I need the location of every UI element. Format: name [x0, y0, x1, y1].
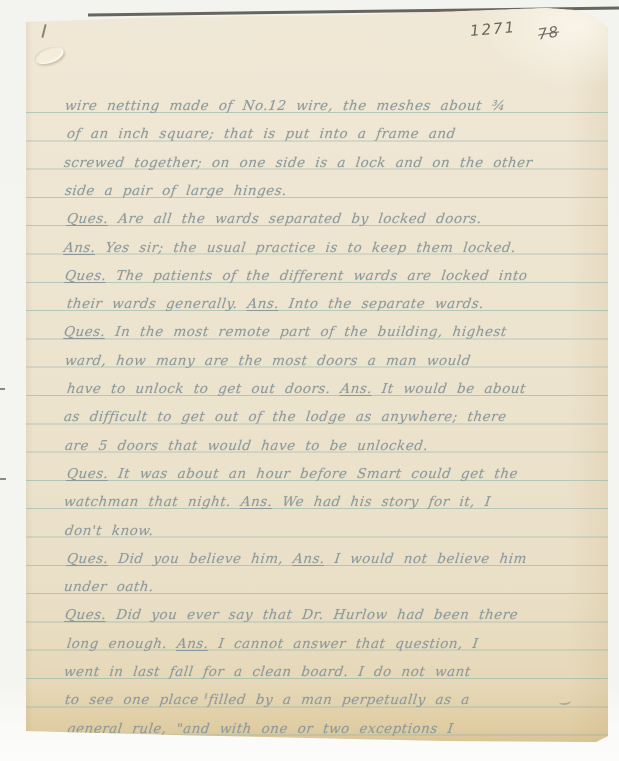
handwriting-line: watchman that night. Ans. We had his sto… [63, 494, 492, 510]
scan-edge-speck [0, 478, 6, 480]
handwriting-line: screwed together; on one side is a lock … [63, 155, 534, 171]
handwriting-line: of an inch square; that is put into a fr… [66, 126, 457, 142]
handwriting-line: Ques. Are all the wards separated by loc… [66, 211, 483, 227]
handwriting-line: as difficult to get out of the lodge as … [63, 409, 508, 425]
handwriting-line: ward, how many are the most doors a man … [64, 353, 472, 369]
manuscript-page: 1271 78 wire netting made of No.12 wire,… [26, 8, 608, 744]
handwriting-line: went in last fall for a clean board. I d… [63, 664, 472, 680]
scan-background: 1271 78 wire netting made of No.12 wire,… [0, 0, 619, 761]
handwriting-line: under oath. [63, 579, 155, 595]
handwriting-line: don't know. [64, 523, 155, 539]
handwriting-line: Ques. The patients of the different ward… [64, 268, 528, 284]
handwriting-line: Ques. Did you believe him, Ans. I would … [66, 551, 528, 567]
handwriting-line: Ques. Did you ever say that Dr. Hurlow h… [64, 607, 519, 623]
handwriting-line: side a pair of large hinges. [64, 183, 288, 199]
handwriting-line: long enough. Ans. I cannot answer that q… [66, 636, 479, 652]
handwriting-line: to see one place filled by a man perpetu… [64, 692, 471, 708]
handwriting-line: general rule, "and with one or two excep… [66, 721, 454, 737]
handwriting-line: Ques. It was about an hour before Smart … [66, 466, 519, 482]
handwriting-line: wire netting made of No.12 wire, the mes… [64, 98, 506, 114]
scan-edge-speck [0, 388, 5, 390]
handwriting-text: wire netting made of No.12 wire, the mes… [26, 8, 608, 744]
handwriting-line: Ques. In the most remote part of the bui… [63, 324, 508, 340]
handwriting-line: Ans. Yes sir; the usual practice is to k… [63, 240, 517, 256]
handwriting-line: have to unlock to get out doors. Ans. It… [66, 381, 527, 397]
handwriting-line: their wards generally. Ans. Into the sep… [66, 296, 485, 312]
handwriting-line: are 5 doors that would have to be unlock… [64, 438, 429, 454]
